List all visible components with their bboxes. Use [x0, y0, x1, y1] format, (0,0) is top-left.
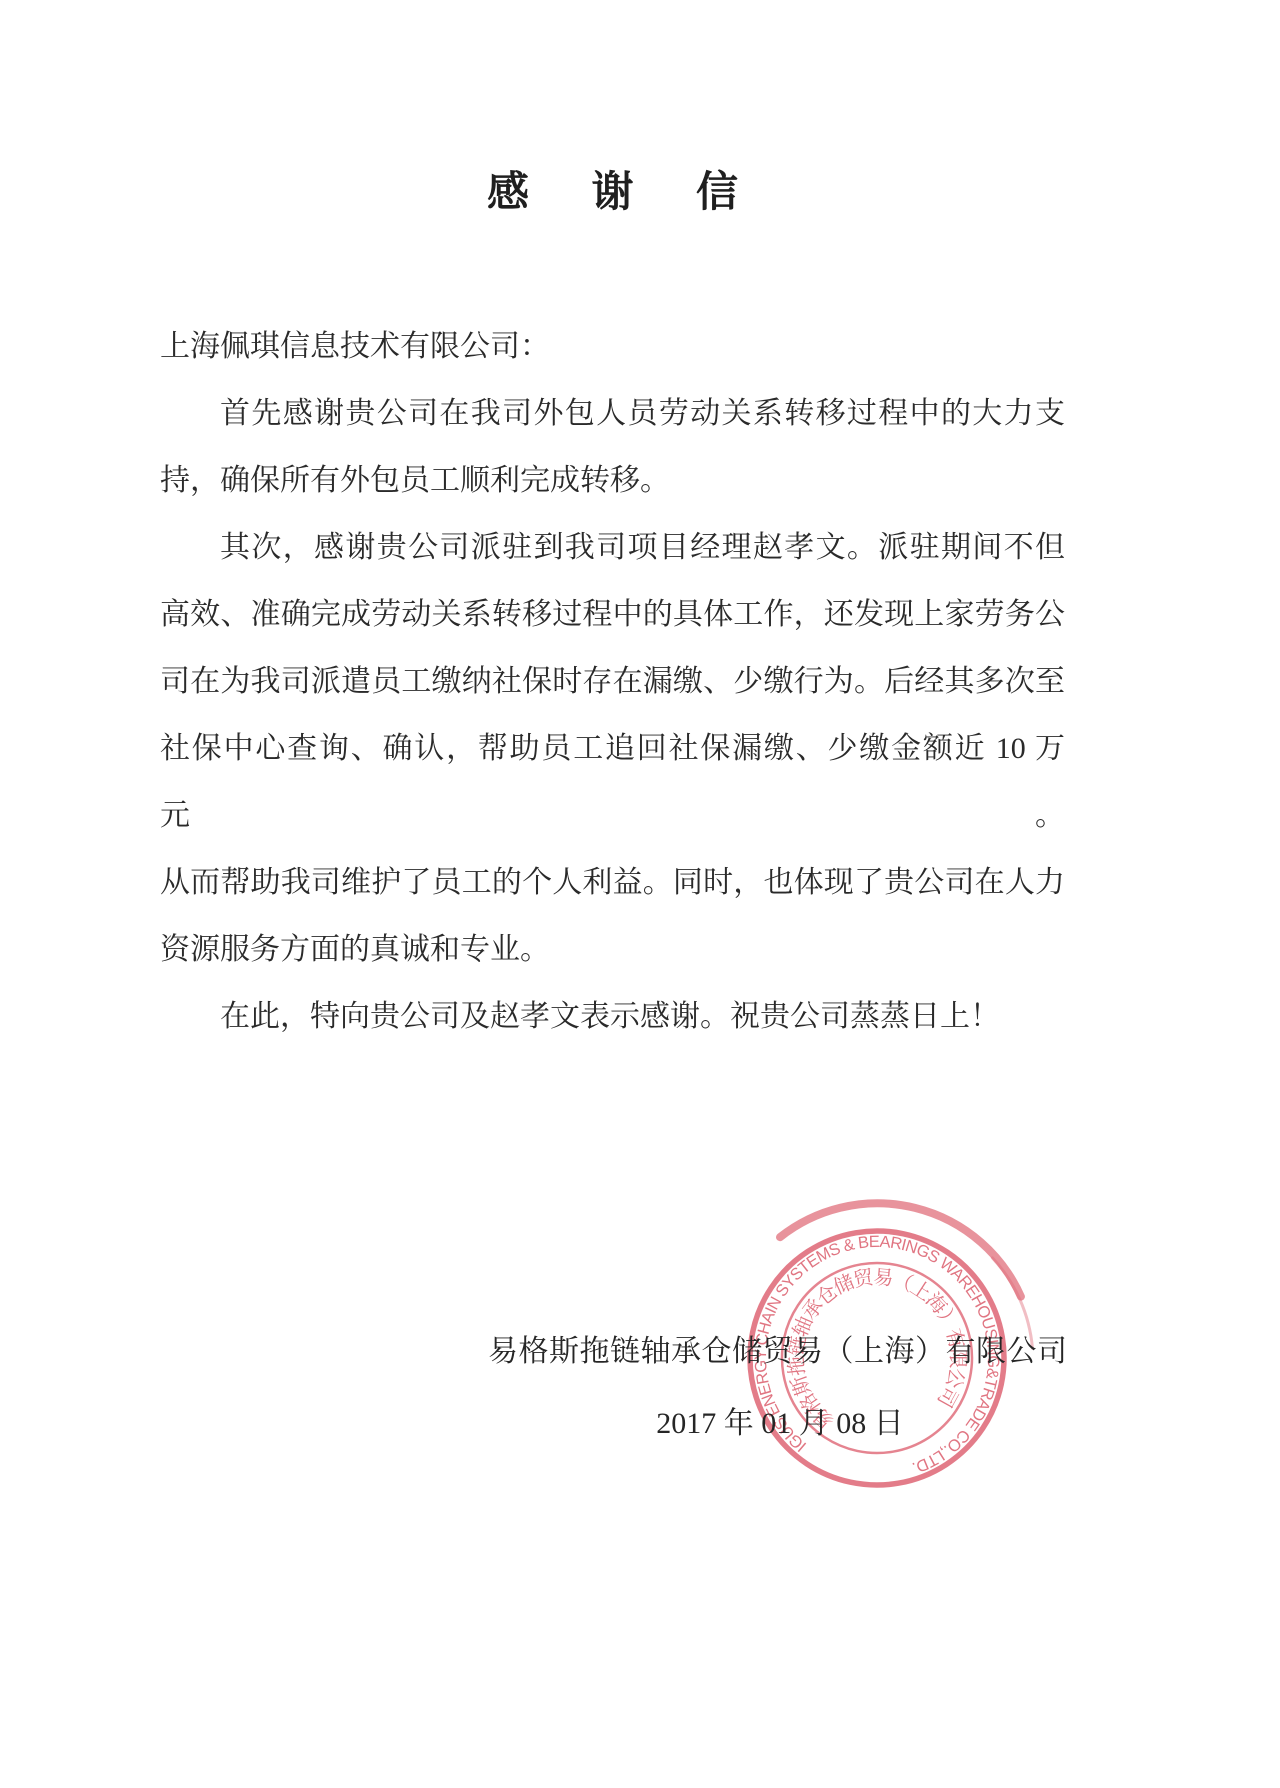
body-line: 社保中心查询、确认，帮助员工追回社保漏缴、少缴金额近 10 万元。: [160, 715, 1065, 849]
body-line: 首先感谢贵公司在我司外包人员劳动关系转移过程中的大力支: [160, 380, 1065, 447]
body-line: 资源服务方面的真诚和专业。: [160, 916, 1065, 983]
signature-company-name: 易格斯拖链轴承仓储贸易（上海）有限公司: [488, 1326, 1068, 1370]
body-line: 其次，感谢贵公司派驻到我司项目经理赵孝文。派驻期间不但: [160, 514, 1065, 581]
body-line: 司在为我司派遣员工缴纳社保时存在漏缴、少缴行为。后经其多次至: [160, 648, 1065, 715]
salutation-line: 上海佩琪信息技术有限公司：: [160, 313, 1065, 380]
letter-body: 上海佩琪信息技术有限公司： 首先感谢贵公司在我司外包人员劳动关系转移过程中的大力…: [160, 313, 1065, 1050]
letter-title: 感 谢 信: [160, 158, 1065, 228]
signature-date: 2017 年 01 月 08 日: [635, 1398, 925, 1442]
body-line: 高效、准确完成劳动关系转移过程中的具体工作，还发现上家劳务公: [160, 581, 1065, 648]
body-line: 从而帮助我司维护了员工的个人利益。同时，也体现了贵公司在人力: [160, 849, 1065, 916]
body-line: 持，确保所有外包员工顺利完成转移。: [160, 447, 1065, 514]
closing-line: 在此，特向贵公司及赵孝文表示感谢。祝贵公司蒸蒸日上！: [160, 983, 1065, 1050]
letter-page: 感 谢 信 上海佩琪信息技术有限公司： 首先感谢贵公司在我司外包人员劳动关系转移…: [0, 0, 1280, 1788]
